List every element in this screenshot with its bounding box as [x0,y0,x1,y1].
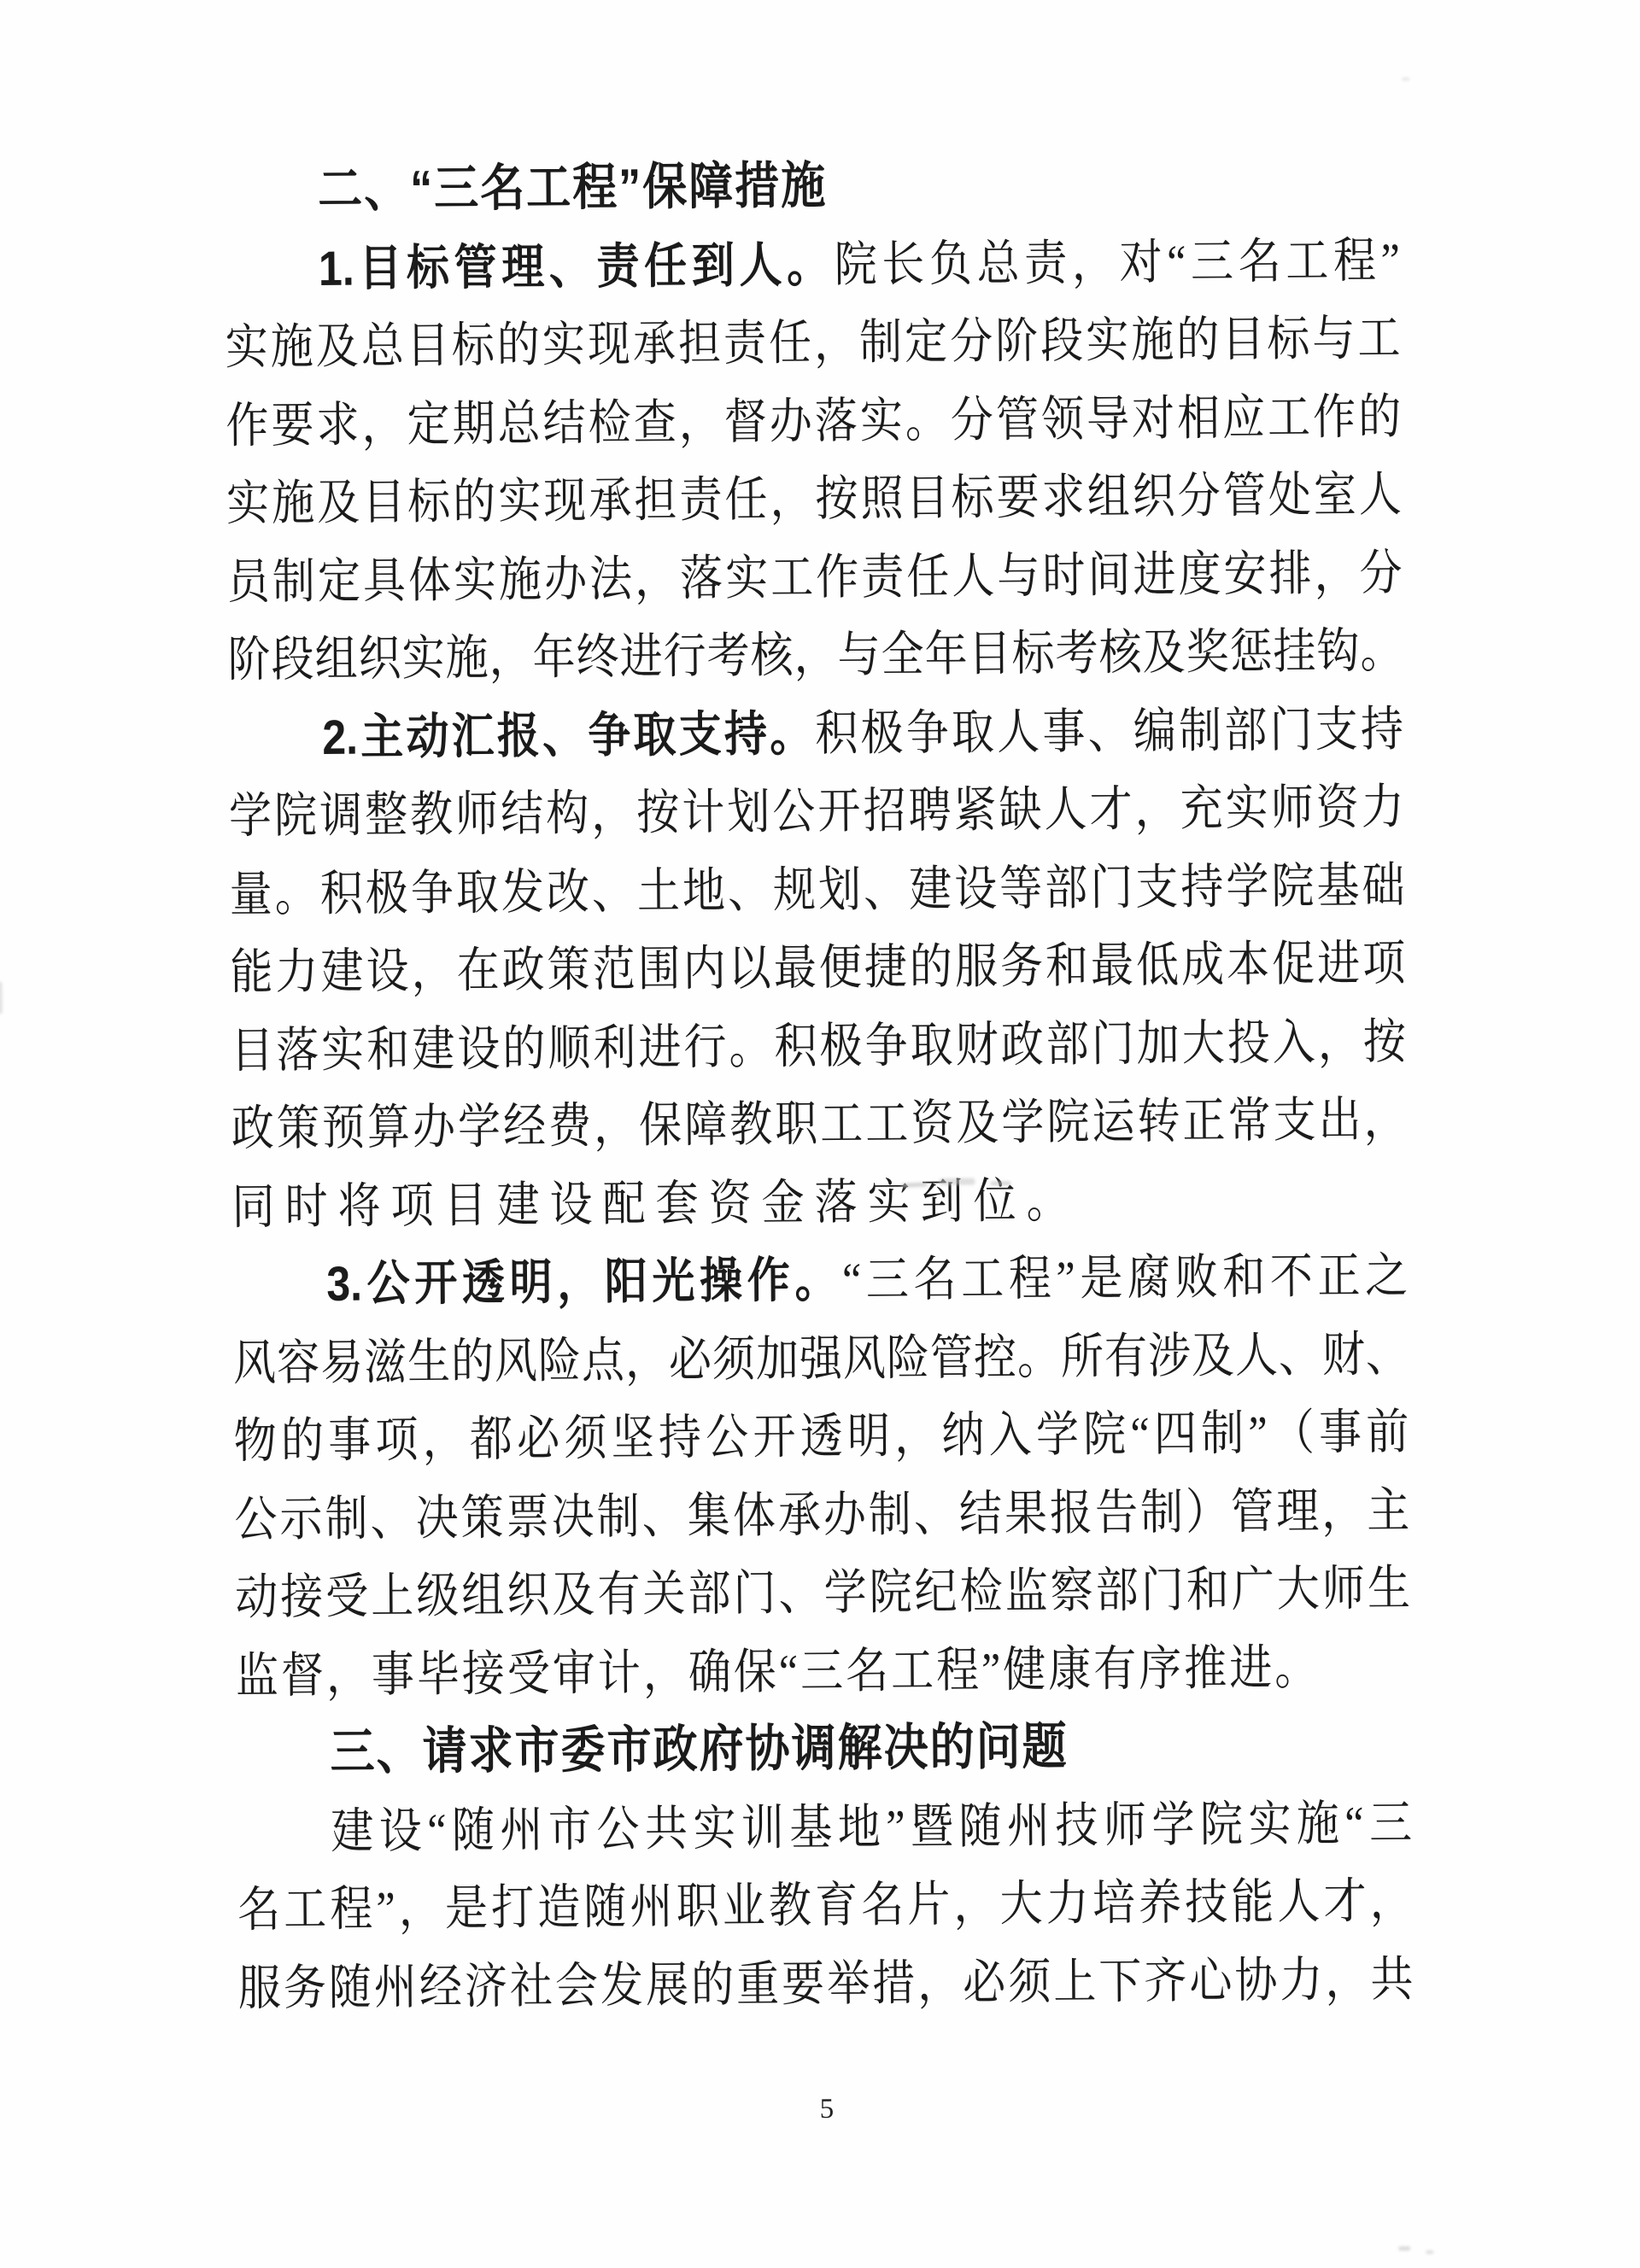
glyph: 利 [593,1016,636,1078]
glyph: 施 [272,471,315,534]
glyph: 院 [1083,1403,1127,1465]
glyph: 预 [322,1096,366,1159]
text-line: 1.目标管理、责任到人。院长负总责，对“三名工程” [319,229,1401,300]
glyph: 有 [1104,1324,1148,1387]
glyph: 检 [959,1560,1003,1622]
glyph: 州 [1007,1794,1051,1856]
glyph: 责 [1024,231,1068,294]
glyph: 人 [739,233,782,295]
glyph: 人 [1044,778,1087,840]
glyph: 师 [1270,776,1314,839]
glyph: ， [1318,1010,1362,1073]
text-line: 量。积极争取发改、土地、规划、建设等部门支持学院基础 [229,854,1405,926]
glyph: 标 [452,313,495,376]
glyph: 地 [682,859,726,921]
glyph: 财 [955,1013,999,1075]
glyph: 承 [589,469,632,531]
glyph: 措 [872,1951,916,2014]
glyph: 制 [325,1487,368,1549]
glyph: 积 [815,702,858,764]
glyph: 。 [905,389,949,451]
glyph: 以 [728,937,771,999]
glyph: 院 [1046,1090,1090,1153]
glyph: 的 [281,1409,325,1471]
glyph: 和 [366,1018,410,1080]
glyph: 项 [375,1408,419,1470]
glyph: 必 [963,1950,1006,2013]
glyph: 取 [952,700,995,763]
glyph: 标 [407,471,451,533]
glyph: 设 [379,1799,423,1862]
glyph: 实 [226,472,270,535]
glyph: ， [1321,1479,1365,1541]
glyph: 的 [497,313,541,376]
glyph: 名 [1238,230,1281,292]
glyph: 生 [407,1330,451,1392]
glyph: 查 [633,390,676,453]
glyph: 必 [517,1407,560,1470]
glyph: 阳 [605,1250,648,1312]
glyph: 结 [959,1482,1003,1544]
glyph: 施 [1297,1792,1340,1854]
glyph: 阶 [995,309,1039,371]
glyph: 能 [1231,1870,1274,1932]
glyph: 法 [589,547,633,610]
glyph: 工 [865,1092,909,1154]
glyph: 积 [320,862,364,924]
glyph: 名 [237,1879,281,1941]
glyph: 部 [1095,1559,1139,1622]
glyph: 门 [1091,1012,1134,1074]
glyph: 制 [272,550,316,612]
glyph: 程 [1009,1247,1052,1309]
glyph: 间 [1087,543,1131,605]
glyph: 所 [1061,1324,1104,1387]
glyph: ， [411,939,454,1002]
glyph: 滋 [364,1330,407,1393]
glyph: 进 [638,1015,682,1078]
text-line: 物的事项，都必须坚持公开透明，纳入学院“四制”（事前 [233,1400,1409,1472]
text-line: 建设“随州市公共实训基地”暨随州技师学院实施“三 [331,1792,1413,1862]
glyph: 纳 [941,1404,985,1466]
glyph: 分 [950,310,993,372]
glyph: 下 [1098,1949,1142,2012]
glyph: 极 [366,862,409,924]
glyph: 担 [634,469,677,531]
glyph: ” [1056,1247,1075,1309]
glyph: 实 [693,1797,736,1859]
glyph: 、 [864,857,907,920]
glyph: 及 [552,1564,595,1626]
glyph: 关 [642,1563,686,1625]
glyph: 管 [454,236,497,298]
glyph: 持 [724,702,768,764]
glyph: 争 [411,861,454,923]
glyph: 实 [225,316,268,378]
glyph: 学 [1151,1793,1195,1856]
glyph: 度 [1178,542,1221,605]
glyph: 部 [688,1562,731,1624]
glyph: 处 [1268,464,1312,526]
glyph: 作 [1313,385,1356,447]
glyph: 汇 [451,704,495,767]
glyph: 资 [1315,776,1359,839]
glyph: 极 [860,701,904,763]
text-line: 学院调整教师结构，按计划公开招聘紧缺人才，充实师资力 [229,775,1405,847]
glyph: 顺 [548,1016,591,1078]
text-line: 政策预算办学经费，保障教职工工资及学院运转正常支出， [231,1088,1408,1160]
glyph: 总 [976,231,1020,294]
glyph: 市 [548,1797,592,1860]
glyph: 暨 [911,1795,954,1857]
glyph: 。 [729,1014,772,1077]
glyph: ， [557,1251,600,1313]
glyph: 果 [1004,1482,1048,1544]
glyph: 人 [1277,1870,1321,1932]
glyph: 实 [542,313,586,376]
glyph: 人 [952,544,995,606]
glyph: 任 [906,545,950,607]
scan-smudge-artifact [990,1181,1010,1185]
text-line: 2.主动汇报、争取支持。积极争取人事、编制部门支持 [322,698,1404,769]
glyph: 人 [1235,1324,1279,1386]
page-number: 5 [776,2093,878,2125]
glyph: 名 [861,1873,905,1936]
glyph: ， [635,547,678,609]
glyph: 险 [887,1326,930,1388]
glyph: 院 [834,232,877,295]
glyph: 决 [415,1486,459,1548]
glyph: 实 [1086,309,1129,371]
glyph: 有 [597,1563,641,1625]
glyph: ， [594,1094,637,1156]
glyph: 织 [507,1564,550,1626]
glyph: 目 [1221,307,1265,370]
glyph: 容 [277,1331,320,1394]
glyph: 工 [1268,385,1311,447]
glyph: 受 [325,1565,369,1628]
text-line: 监督，事毕接受审计，确保“三名工程”健康有序推进。 [236,1635,1321,1706]
glyph: 础 [1362,854,1405,916]
text-line: 风容易滋生的风险点，必须加强风险管控。所有涉及人、财、 [233,1323,1409,1394]
glyph: 量 [229,862,272,925]
glyph: 核 [1098,622,1142,684]
glyph: 设 [366,939,409,1002]
glyph: 及 [956,1091,999,1154]
glyph: 学 [1001,1090,1045,1153]
glyph: 须 [712,1328,756,1390]
glyph: 担 [678,312,722,374]
glyph: 服 [238,1956,282,2019]
glyph: 争 [588,704,631,766]
scan-speck-artifact [1398,2247,1410,2251]
glyph: 组 [314,628,358,690]
glyph: 及 [315,315,359,377]
glyph: 力 [1361,775,1404,838]
glyph: 部 [1045,1013,1089,1075]
glyph: 前 [1366,1400,1409,1463]
glyph: ” [1248,1401,1268,1464]
glyph: 施 [270,315,313,377]
glyph: 齐 [1144,1949,1187,2012]
glyph: 三 [1191,230,1234,292]
glyph: 打 [491,1876,535,1938]
glyph: 强 [799,1327,843,1389]
glyph: 察 [1050,1559,1093,1622]
glyph: 督 [723,389,767,452]
glyph: 制 [1140,1481,1184,1543]
glyph: 目 [407,314,450,377]
glyph: 生 [1368,1557,1411,1619]
glyph: 持 [659,1406,702,1469]
glyph: 教 [769,1874,812,1937]
glyph: 取 [456,861,500,923]
glyph: 实 [1248,1792,1291,1855]
glyph: 目 [968,623,1011,685]
glyph: 取 [633,703,676,765]
glyph: 风 [843,1326,887,1388]
glyph: ， [770,468,813,530]
glyph: 集 [687,1484,730,1546]
glyph: 制 [869,1482,912,1545]
glyph: 室 [1314,464,1357,526]
glyph: 支 [1273,1089,1316,1151]
glyph: “ [1130,1402,1150,1464]
glyph: 是 [1080,1247,1123,1309]
glyph: 策 [277,1096,320,1159]
glyph: 资 [911,1091,954,1154]
glyph: 求 [316,393,360,455]
glyph: 办 [769,389,812,452]
glyph: 时 [1042,544,1086,606]
glyph: 实 [454,548,497,611]
glyph: 事 [1319,1401,1362,1464]
glyph: 低 [1136,933,1180,996]
glyph: 院 [869,1561,912,1623]
glyph: ” [1380,229,1400,291]
glyph: 整 [365,783,408,845]
glyph: ， [814,311,858,373]
glyph: 门 [1269,698,1313,760]
glyph: 任 [644,234,688,296]
glyph: 师 [1322,1558,1366,1620]
glyph: 公 [234,1488,278,1550]
glyph: 院 [1271,854,1315,916]
glyph: 名 [913,1248,957,1310]
glyph: ， [917,1951,961,2014]
glyph: 业 [723,1874,766,1937]
glyph: 上 [1053,1950,1097,2013]
glyph: 控 [974,1325,1017,1388]
glyph: 3. [326,1253,362,1315]
glyph: 现 [543,470,587,532]
glyph: 的 [1358,385,1402,447]
glyph: 总 [361,314,405,377]
glyph: 制 [859,311,903,373]
glyph: 划 [727,780,770,843]
glyph: 部 [1224,699,1268,761]
glyph: 政 [231,1097,275,1160]
text-line: 服务随州经济社会发展的重要举措，必须上下齐心协力，共 [238,1948,1414,2020]
glyph: 明 [847,1405,891,1467]
glyph: 支 [1135,856,1179,918]
glyph: 的 [910,935,953,997]
glyph: 制 [596,1485,640,1547]
glyph: 发 [501,861,545,923]
glyph: 程 [1333,229,1377,291]
text-line: 公示制、决策票决制、集体承办制、结果报告制）管理，主 [234,1479,1410,1551]
glyph: 实 [401,627,445,689]
glyph: 建 [412,1017,455,1079]
glyph: 取 [910,1014,953,1076]
glyph: 工 [820,1092,864,1154]
glyph: 基 [1316,854,1360,916]
glyph: 展 [646,1953,689,2015]
glyph: 目 [231,1019,274,1081]
glyph: 的 [1176,308,1220,371]
glyph: 改 [547,860,590,922]
glyph: 管 [930,1326,974,1388]
glyph: 发 [600,1954,644,2016]
glyph: 障 [684,1093,728,1155]
glyph: 建 [320,940,364,1002]
glyph: 结 [542,391,586,453]
glyph: ， [953,1873,997,1935]
glyph: 门 [733,1562,776,1624]
glyph: 院 [1200,1792,1244,1855]
glyph: 奖 [1186,621,1229,683]
glyph: 围 [637,938,681,1000]
glyph: 院 [274,784,318,846]
text-line: 目落实和建设的顺利进行。积极争取财政部门加大投入，按 [231,1010,1407,1082]
glyph: 制 [1179,699,1222,761]
glyph: 1. [319,237,354,299]
glyph: 作 [747,1249,790,1312]
glyph: 构 [546,782,589,845]
glyph: 基 [789,1796,833,1858]
glyph: 运 [1092,1090,1135,1153]
glyph: 检 [588,391,631,453]
glyph: 重 [736,1952,780,2014]
glyph: 最 [1091,934,1134,997]
glyph: 须 [1008,1950,1051,2013]
glyph: 州 [374,1955,418,2018]
section-heading: 三、请求市委市政府协调解决的问题 [330,1716,1069,1784]
glyph: 制 [1201,1402,1245,1464]
glyph: 在 [456,938,500,1001]
glyph: 年 [924,623,968,685]
glyph: 济 [465,1955,508,2017]
glyph: 正 [1182,1090,1226,1152]
glyph: 要 [782,1952,825,2014]
glyph: 建 [331,1799,374,1862]
glyph: 实 [498,470,542,532]
glyph: 实 [860,389,904,451]
text-line: 能力建设，在政策范围内以最便捷的服务和最低成本促进项 [230,932,1406,1003]
glyph: 技 [1185,1871,1228,1933]
glyph: ， [794,623,837,686]
glyph: 开 [817,780,861,842]
glyph: 承 [633,313,676,375]
glyph: 期 [452,392,495,454]
glyph: 及 [1192,1324,1235,1386]
glyph: 师 [455,782,499,845]
glyph: 随 [452,1798,495,1861]
glyph: 理 [501,236,545,298]
glyph: ， [1325,1948,1368,2010]
glyph: 管 [996,388,1040,450]
glyph: 挂 [1273,620,1316,682]
glyph: 按 [1363,1010,1407,1073]
glyph: 操 [700,1249,743,1312]
glyph: 主 [1367,1479,1410,1541]
glyph: 落 [276,1019,319,1081]
scan-content: 二、“三名工程”保障措施1.目标管理、责任到人。院长负总责，对“三名工程”实施及… [0,0,1640,2268]
glyph: 促 [1272,932,1315,995]
glyph: 定 [318,549,361,611]
glyph: ， [1363,1088,1407,1150]
glyph: 经 [419,1955,463,2017]
glyph: 土 [637,859,681,921]
glyph: 行 [663,625,706,687]
glyph: 编 [1133,699,1177,762]
scan-speck-artifact [1426,2250,1433,2253]
glyph: 工 [1357,307,1401,369]
glyph: 落 [680,547,723,609]
glyph: 争 [864,1014,908,1076]
glyph: 任 [769,312,812,374]
glyph: 全 [881,623,924,686]
text-line: 作要求，定期总结检查，督办落实。分管领导对相应工作的 [225,385,1402,457]
glyph: 不 [1270,1245,1314,1307]
glyph: 求 [1041,465,1085,528]
glyph: 充 [1180,777,1223,839]
glyph: 随 [329,1955,372,2018]
glyph: 分 [1359,541,1403,604]
glyph: 计 [682,780,725,843]
glyph: 入 [988,1404,1032,1466]
glyph: 承 [778,1483,822,1546]
text-line: 动接受上级组织及有关部门、学院纪检监察部门和广大师生 [235,1557,1411,1628]
glyph: 范 [592,938,635,1000]
glyph: 开 [414,1252,458,1314]
glyph: 分 [951,388,994,450]
glyph: 策 [547,938,590,1001]
glyph: 本 [1227,932,1270,995]
glyph: 训 [741,1796,785,1858]
glyph: 分 [1177,465,1221,527]
glyph: 政 [1000,1013,1044,1075]
section-heading: 二、“三名工程”保障措施 [318,155,828,221]
glyph: 责 [861,545,905,607]
glyph: 调 [319,784,363,846]
glyph: 定 [407,392,450,454]
glyph: 员 [227,550,271,612]
glyph: 要 [271,394,314,456]
glyph: 学 [823,1561,867,1623]
text-line: 员制定具体实施办法，落实工作责任人与时间进度安排，分 [227,541,1403,613]
glyph: 明 [509,1251,553,1313]
glyph: ， [625,1328,669,1390]
glyph: 职 [676,1874,719,1937]
glyph: 、 [1279,1323,1322,1385]
glyph: 加 [1136,1012,1180,1074]
glyph: 开 [753,1406,796,1468]
glyph: 体 [733,1483,776,1546]
glyph: 共 [1370,1948,1414,2010]
glyph: 组 [1086,465,1130,528]
glyph: “ [427,1798,447,1861]
